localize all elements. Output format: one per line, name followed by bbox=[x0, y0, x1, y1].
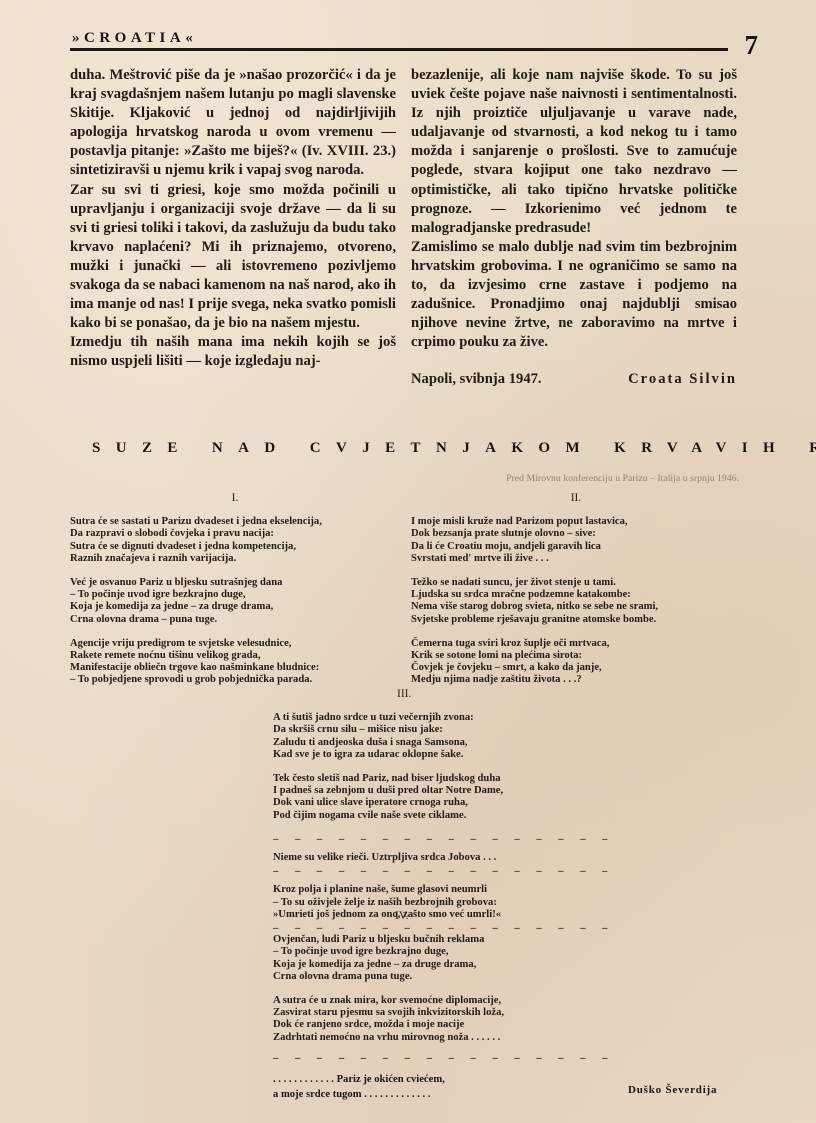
stanza: Tek često sletiš nad Pariz, nad biser lj… bbox=[273, 773, 563, 822]
verse-line: Već je osvanuo Pariz u bljesku sutrašnje… bbox=[70, 577, 400, 589]
stanza: Sutra će se sastati u Parizu dvadeset i … bbox=[70, 516, 400, 565]
dash-divider: – – – – – – – – – – – – – – – – bbox=[273, 1051, 573, 1066]
verse-line: Zadrhtati nemoćno na vrhu mirovnog noža … bbox=[273, 1032, 563, 1044]
verse-line: Crna olovna drama puna tuge. bbox=[273, 971, 563, 983]
part-numeral: II. bbox=[411, 492, 741, 504]
verse-line: Nieme su velike rieči. Uztrpljiva srdca … bbox=[273, 852, 563, 864]
stanza: Agencije vriju predigrom te svjetske vel… bbox=[70, 638, 400, 687]
verse-line: Rakete remete noćnu tišinu velikog grada… bbox=[70, 650, 400, 662]
poem-title: SUZE NAD CVJETNJAKOM KRVAVIH RUŽA bbox=[92, 440, 732, 457]
verse-line: Sutra će se sastati u Parizu dvadeset i … bbox=[70, 516, 400, 528]
verse-line: Kroz polja i planine naše, šume glasovi … bbox=[273, 884, 563, 896]
stanza: I moje misli kruže nad Parizom poput las… bbox=[411, 516, 741, 565]
verse-line: Da razpravi o slobodi čovjeka i pravu na… bbox=[70, 528, 400, 540]
verse-line: Da li će Croatiu moju, andjeli garavih l… bbox=[411, 541, 741, 553]
part-numeral: III. bbox=[273, 688, 563, 700]
poem-subtitle: Pred Mirovnu konferenciju u Parizu – Ita… bbox=[419, 473, 739, 484]
verse-line: A sutra će u znak mira, kor svemoćne dip… bbox=[273, 995, 563, 1007]
stanza: Ovjenčan, ludi Pariz u bljesku bučnih re… bbox=[273, 934, 563, 983]
stanza: A sutra će u znak mira, kor svemoćne dip… bbox=[273, 995, 563, 1044]
page-number: 7 bbox=[718, 30, 758, 61]
verse-line: Koja je komedija za jedne – za druge dra… bbox=[273, 959, 563, 971]
poem-author: Duško Ševerdija bbox=[628, 1084, 717, 1096]
article-paragraph: duha. Meštrović piše da je »našao prozor… bbox=[70, 66, 396, 181]
verse-line: Koja je komedija za jedne – za druge dra… bbox=[70, 601, 400, 613]
verse-line: Svjetske probleme rješavaju granitne ato… bbox=[411, 614, 741, 626]
article-author: Croata Silvin bbox=[628, 370, 737, 389]
verse-line: Crna olovna drama – puna tuge. bbox=[70, 614, 400, 626]
verse-line: Kad sve je to igra za udarac oklopne šak… bbox=[273, 749, 563, 761]
verse-line: – To pobjedjene sprovodi u grob pobjedni… bbox=[70, 674, 400, 686]
verse-line: A ti šutiš jadno srdce u tuzi večernjih … bbox=[273, 712, 563, 724]
verse-line: Nema više starog dobrog svieta, nitko se… bbox=[411, 601, 741, 613]
poem-closing: – – – – – – – – – – – – – – – – . . . . … bbox=[273, 1049, 573, 1102]
verse-line: Zasvirat staru pjesmu sa svojih inkvizit… bbox=[273, 1007, 563, 1019]
verse-line: Čemerna tuga sviri kroz šuplje oči mrtva… bbox=[411, 638, 741, 650]
part-numeral: IV. bbox=[273, 910, 563, 922]
verse-line: – To počinje uvod igre bezkrajno duge, bbox=[70, 589, 400, 601]
verse-line: – To su oživjele želje iz naših bezbrojn… bbox=[273, 897, 563, 909]
article-signature: Napoli, svibnja 1947. Croata Silvin bbox=[411, 370, 737, 389]
verse-line: Krik se sotone lomi na plećima sirota: bbox=[411, 650, 741, 662]
poem-part-2: II.I moje misli kruže nad Parizom poput … bbox=[411, 492, 741, 699]
verse-line: Medju njima nadje zaštitu života . . .? bbox=[411, 674, 741, 686]
article-right-column: bezazlenije, ali koje nam najviše škode.… bbox=[411, 66, 737, 390]
stanza: Već je osvanuo Pariz u bljesku sutrašnje… bbox=[70, 577, 400, 626]
magazine-page: »CROATIA« 7 duha. Meštrović piše da je »… bbox=[0, 0, 816, 1123]
verse-line: Svrstati med' mrtve ili žive . . . bbox=[411, 553, 741, 565]
part-numeral: I. bbox=[70, 492, 400, 504]
article-paragraph: bezazlenije, ali koje nam najviše škode.… bbox=[411, 66, 737, 238]
verse-line: Težko se nadati suncu, jer život stenje … bbox=[411, 577, 741, 589]
verse-line: Dok će ranjeno srdce, možda i moje nacij… bbox=[273, 1019, 563, 1031]
verse-line: Ljudska su srdca mračne podzemne katakom… bbox=[411, 589, 741, 601]
verse-line: Dok bezsanja prate slutnje olovno – sive… bbox=[411, 528, 741, 540]
verse-line: Zaludu ti andjeoska duša i snaga Samsona… bbox=[273, 737, 563, 749]
verse-line: Da skršiš crnu silu – mišice nisu jake: bbox=[273, 724, 563, 736]
stanza: Težko se nadati suncu, jer život stenje … bbox=[411, 577, 741, 626]
verse-line: Pod čijim nogama cvile naše svete ciklam… bbox=[273, 810, 563, 822]
article-paragraph: Zamislimo se malo dublje nad svim tim be… bbox=[411, 238, 737, 353]
verse-line: – To počinje uvod igre bezkrajno duge, bbox=[273, 946, 563, 958]
verse-line: Tek često sletiš nad Pariz, nad biser lj… bbox=[273, 773, 563, 785]
verse-line: I moje misli kruže nad Parizom poput las… bbox=[411, 516, 741, 528]
poem-part-3: III.A ti šutiš jadno srdce u tuzi večern… bbox=[273, 688, 563, 941]
header-rule bbox=[70, 48, 728, 51]
verse-line: Sutra će se dignuti dvadeset i jedna kom… bbox=[70, 541, 400, 553]
verse-line: Raznih značajeva i raznih varijacija. bbox=[70, 553, 400, 565]
verse-line: Ovjenčan, ludi Pariz u bljesku bučnih re… bbox=[273, 934, 563, 946]
verse-line: Agencije vriju predigrom te svjetske vel… bbox=[70, 638, 400, 650]
place-date: Napoli, svibnja 1947. bbox=[411, 370, 542, 389]
stanza: Čemerna tuga sviri kroz šuplje oči mrtva… bbox=[411, 638, 741, 687]
verse-line: Manifestacije obliečn trgove kao našmink… bbox=[70, 662, 400, 674]
running-head: »CROATIA« bbox=[72, 30, 732, 47]
stanza: Nieme su velike rieči. Uztrpljiva srdca … bbox=[273, 852, 563, 864]
poem-part-1: I.Sutra će se sastati u Parizu dvadeset … bbox=[70, 492, 400, 699]
closing-line: . . . . . . . . . . . . Pariz je okićen … bbox=[273, 1072, 573, 1087]
article-paragraph: Izmedju tih naših mana ima nekih kojih s… bbox=[70, 333, 396, 371]
verse-line: Dok vani ulice slave iperatore crnoga ru… bbox=[273, 797, 563, 809]
poem-part-4: IV.Ovjenčan, ludi Pariz u bljesku bučnih… bbox=[273, 910, 563, 1056]
article-left-column: duha. Meštrović piše da je »našao prozor… bbox=[70, 66, 396, 372]
dash-divider: – – – – – – – – – – – – – – – – bbox=[273, 834, 563, 846]
verse-line: I padneš sa zebnjom u duši pred oltar No… bbox=[273, 785, 563, 797]
stanza: A ti šutiš jadno srdce u tuzi večernjih … bbox=[273, 712, 563, 761]
verse-line: Čovjek je čovjeku – smrt, a kako da janj… bbox=[411, 662, 741, 674]
dash-divider: – – – – – – – – – – – – – – – – bbox=[273, 866, 563, 878]
closing-line: a moje srdce tugom . . . . . . . . . . .… bbox=[273, 1087, 573, 1102]
article-paragraph: Zar su svi ti griesi, koje smo možda poč… bbox=[70, 181, 396, 334]
